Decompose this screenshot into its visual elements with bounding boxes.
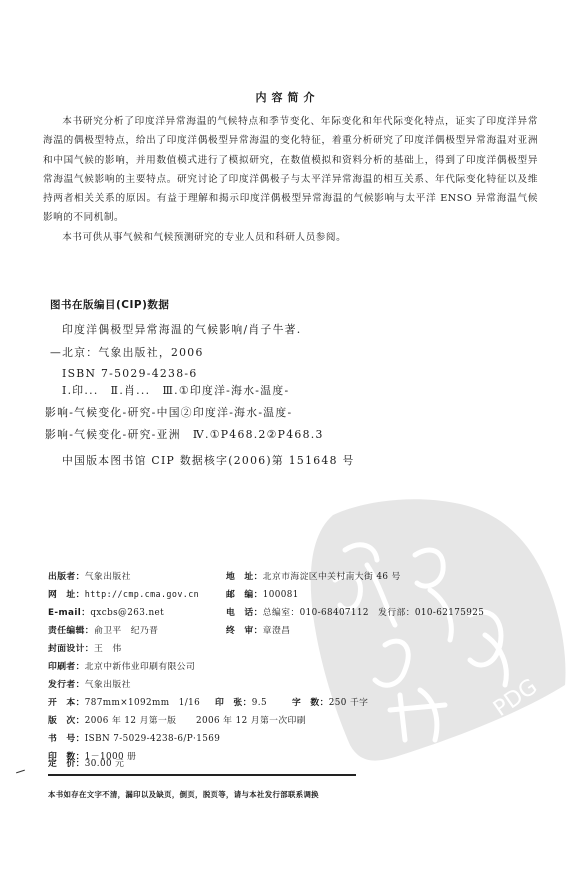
final-review-value: 章澄昌 <box>263 626 291 636</box>
word-count-value: 250 千字 <box>329 698 369 708</box>
word-count-label: 字 数： <box>292 698 329 708</box>
price-value: 30.00 元 <box>85 759 125 769</box>
pdg-watermark-seal: PDG <box>305 495 570 765</box>
address-row: 地 址：北京市海淀区中关村南大街 46 号 <box>226 569 401 582</box>
cip-isbn-line: ISBN 7-5029-4238-6 <box>62 367 198 380</box>
book-number-label: 书 号： <box>48 734 85 744</box>
cip-record-number: 中国版本图书馆 CIP 数据核字(2006)第 151648 号 <box>62 453 355 468</box>
edition-value: 2006 年 12 月第一版 <box>85 716 177 726</box>
cip-title-line: 印度洋偶极型异常海温的气候影响/肖子牛著. <box>62 322 302 337</box>
summary-body: 本书研究分析了印度洋异常海温的气候特点和季节变化、年际变化和年代际变化特点，证实… <box>43 112 538 247</box>
website-row: 网 址：http://cmp.cma.gov.cn <box>48 587 199 600</box>
sheets-label: 印 张： <box>215 698 252 708</box>
summary-paragraph: 本书研究分析了印度洋异常海温的气候特点和季节变化、年际变化和年代际变化特点，证实… <box>43 112 538 228</box>
cip-classification-line: 影响-气候变化-研究-中国②印度洋-海水-温度- <box>45 405 292 420</box>
format-row: 开 本：787mm×1092mm 1/16 <box>48 695 200 708</box>
email-value: qxcbs@263.net <box>90 608 164 618</box>
footer-divider <box>48 774 356 776</box>
seal-stamp-icon: PDG <box>305 495 570 765</box>
cip-publisher-line: —北京：气象出版社，2006 <box>50 345 204 360</box>
address-label: 地 址： <box>226 572 263 582</box>
phone-value: 总编室：010-68407112 发行部：010-62175925 <box>263 608 484 618</box>
format-value: 787mm×1092mm 1/16 <box>85 698 200 708</box>
editor-value: 俞卫平 纪乃晋 <box>94 626 158 636</box>
sheets-row: 印 张：9.5 <box>215 695 267 708</box>
phone-row: 电 话：总编室：010-68407112 发行部：010-62175925 <box>226 605 484 618</box>
price-label: 定 价： <box>48 759 85 769</box>
summary-title: 内容简介 <box>0 89 575 105</box>
cover-design-label: 封面设计： <box>48 644 94 654</box>
cover-design-row: 封面设计：王 伟 <box>48 641 122 654</box>
phone-label: 电 话： <box>226 608 263 618</box>
distributor-label: 发行者： <box>48 680 85 690</box>
edition-label: 版 次： <box>48 716 85 726</box>
publisher-value: 气象出版社 <box>85 572 131 582</box>
cip-heading: 图书在版编目(CIP)数据 <box>50 297 169 312</box>
final-review-label: 终 审： <box>226 626 263 636</box>
printing-value: 2006 年 12 月第一次印刷 <box>196 716 306 726</box>
scan-artifact-mark <box>16 770 25 774</box>
footer-note: 本书如存在文字不清，漏印以及缺页，倒页，脱页等，请与本社发行部联系调换 <box>48 789 319 800</box>
postcode-label: 邮 编： <box>226 590 263 600</box>
cip-classification-line: 影响-气候变化-研究-亚洲 Ⅳ.①P468.2②P468.3 <box>45 427 324 442</box>
cip-classification-line: Ⅰ.印... Ⅱ.肖... Ⅲ.①印度洋-海水-温度- <box>62 383 289 398</box>
sheets-value: 9.5 <box>252 698 267 708</box>
cover-design-value: 王 伟 <box>94 644 122 654</box>
summary-paragraph: 本书可供从事气候和气候预测研究的专业人员和科研人员参阅。 <box>43 228 538 247</box>
format-label: 开 本： <box>48 698 85 708</box>
distributor-row: 发行者：气象出版社 <box>48 677 131 690</box>
price-row: 定 价：30.00 元 <box>48 756 124 769</box>
address-value: 北京市海淀区中关村南大街 46 号 <box>263 572 401 582</box>
printer-value: 北京中新伟业印刷有限公司 <box>85 662 195 672</box>
editor-row: 责任编辑：俞卫平 纪乃晋 <box>48 623 158 636</box>
book-number-value: ISBN 7-5029-4238-6/P·1569 <box>85 734 220 744</box>
email-row: E-mail：qxcbs@263.net <box>48 605 164 618</box>
postcode-row: 邮 编：100081 <box>226 587 299 600</box>
printing-row: 2006 年 12 月第一次印刷 <box>196 713 306 726</box>
postcode-value: 100081 <box>263 590 299 600</box>
website-value: http://cmp.cma.gov.cn <box>85 589 199 599</box>
printer-label: 印刷者： <box>48 662 85 672</box>
final-review-row: 终 审：章澄昌 <box>226 623 290 636</box>
book-number-row: 书 号：ISBN 7-5029-4238-6/P·1569 <box>48 731 220 744</box>
edition-row: 版 次：2006 年 12 月第一版 <box>48 713 176 726</box>
distributor-value: 气象出版社 <box>85 680 131 690</box>
website-label: 网 址： <box>48 590 85 600</box>
editor-label: 责任编辑： <box>48 626 94 636</box>
printer-row: 印刷者：北京中新伟业印刷有限公司 <box>48 659 195 672</box>
word-count-row: 字 数：250 千字 <box>292 695 368 708</box>
publisher-label: 出版者： <box>48 572 85 582</box>
email-label: E-mail： <box>48 608 90 618</box>
publisher-row: 出版者：气象出版社 <box>48 569 131 582</box>
